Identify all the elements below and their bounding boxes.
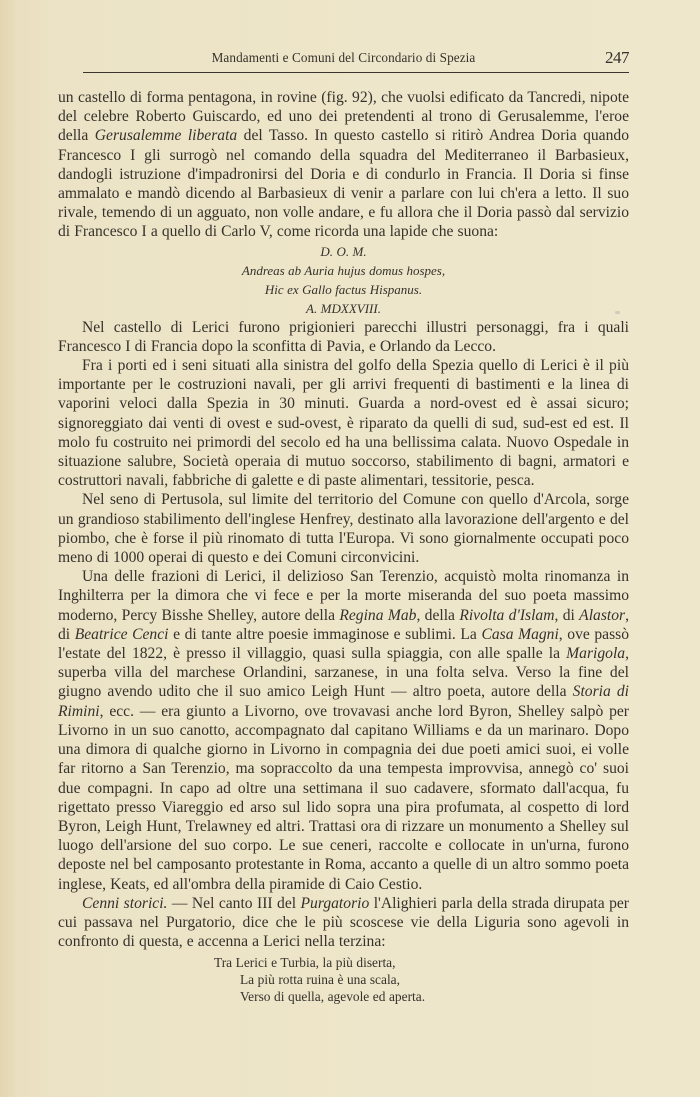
text-run: , di <box>554 607 579 624</box>
text-run: e di tante altre poesie immaginose e sub… <box>169 626 482 643</box>
page-number: 247 <box>605 48 629 68</box>
verse-line: Tra Lerici e Turbia, la più diserta, <box>214 955 629 972</box>
paragraph: Fra i porti ed i seni situati alla sinis… <box>58 356 629 490</box>
inscription-line: Hic ex Gallo factus Hispanus. <box>58 280 629 299</box>
inscription-line: Andreas ab Auria hujus domus hospes, <box>58 261 629 280</box>
inscription-line: A. MDXXVIII. <box>58 299 629 318</box>
verse-line: La più rotta ruina è una scala, <box>214 972 629 989</box>
text-run: — Nel canto III del <box>167 895 300 912</box>
italic-title: Gerusalemme liberata <box>95 127 237 144</box>
text-run: Nel seno di Pertusola, sul limite del te… <box>58 491 629 566</box>
paragraph: Nel seno di Pertusola, sul limite del te… <box>58 490 629 567</box>
italic-title: Beatrice Cenci <box>75 626 169 643</box>
paper-speck <box>615 311 620 314</box>
italic-title: Cenni storici. <box>82 895 167 912</box>
paragraph: Cenni storici. — Nel canto III del Purga… <box>58 894 629 952</box>
paragraph: un castello di forma pentagona, in rovin… <box>58 88 629 242</box>
main-paragraphs: Nel castello di Lerici furono prigionier… <box>58 318 629 952</box>
italic-title: Purgatorio <box>301 895 370 912</box>
italic-title: Marigola <box>566 645 625 662</box>
opening-paragraphs: un castello di forma pentagona, in rovin… <box>58 88 629 242</box>
text-run: , ecc. — era giunto a Livorno, ove trova… <box>58 703 629 893</box>
body-text: un castello di forma pentagona, in rovin… <box>58 88 629 1006</box>
paragraph: Nel castello di Lerici furono prigionier… <box>58 318 629 356</box>
inscription: D. O. M. Andreas ab Auria hujus domus ho… <box>58 242 629 318</box>
italic-title: Rivolta d'Islam <box>459 607 554 624</box>
italic-title: Casa Magni <box>481 626 558 643</box>
italic-title: Regina Mab <box>339 607 416 624</box>
text-run: Nel castello di Lerici furono prigionier… <box>58 319 629 355</box>
running-head: Mandamenti e Comuni del Circondario di S… <box>58 48 629 68</box>
verse-line: Verso di quella, agevole ed aperta. <box>214 989 629 1006</box>
paragraph: Una delle frazioni di Lerici, il delizio… <box>58 567 629 893</box>
header-rule <box>83 72 629 73</box>
italic-title: Alastor <box>579 607 625 624</box>
inscription-line: D. O. M. <box>58 242 629 261</box>
text-run: , della <box>416 607 459 624</box>
running-title: Mandamenti e Comuni del Circondario di S… <box>58 50 629 66</box>
dante-verse: Tra Lerici e Turbia, la più diserta, La … <box>214 951 629 1005</box>
text-run: Fra i porti ed i seni situati alla sinis… <box>58 357 629 489</box>
